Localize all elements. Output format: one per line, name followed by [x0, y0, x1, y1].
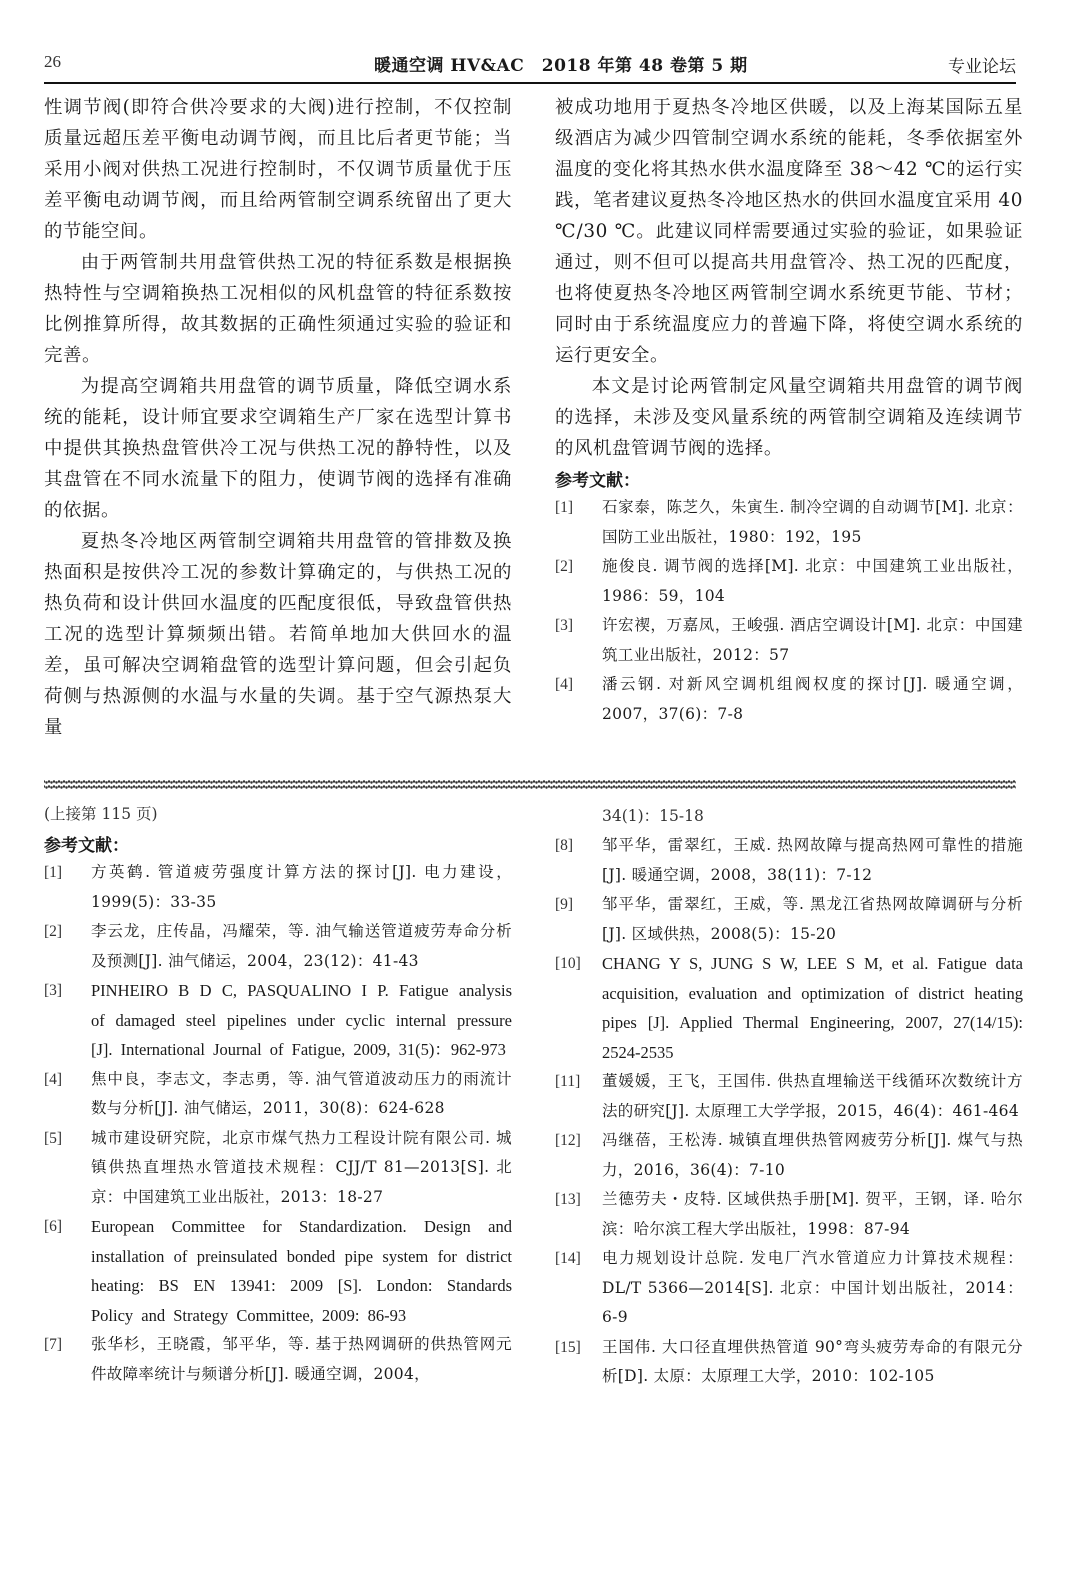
reference-number: [6] [44, 1212, 91, 1330]
reference-text: 李云龙，庄传晶，冯耀荣，等. 油气输送管道疲劳寿命分析及预测[J]. 油气储运，… [91, 917, 512, 976]
reference-number: [10] [555, 949, 602, 1067]
reference-number: [12] [555, 1126, 602, 1185]
reference-number: [1] [44, 858, 91, 917]
reference-item: [3]许宏禊，万嘉凤，王峻强. 酒店空调设计[M]. 北京：中国建筑工业出版社，… [555, 611, 1023, 670]
reference-item: [4]焦中良，李志文，李志勇，等. 油气管道波动压力的雨流计数与分析[J]. 油… [44, 1065, 512, 1124]
references-heading: 参考文献： [555, 466, 1023, 491]
reference-number: [7] [44, 1330, 91, 1389]
reference-item: [1]石家泰，陈芝久，朱寅生. 制冷空调的自动调节[M]. 北京：国防工业出版社… [555, 493, 1023, 552]
paragraph: 由于两管制共用盘管供热工况的特征系数是根据换热特性与空调箱换热工况相似的风机盘管… [44, 247, 512, 371]
reference-item: [2]李云龙，庄传晶，冯耀荣，等. 油气输送管道疲劳寿命分析及预测[J]. 油气… [44, 917, 512, 976]
reference-text: 施俊良. 调节阀的选择[M]. 北京：中国建筑工业出版社，1986：59，104 [602, 552, 1023, 611]
paragraph: 性调节阀(即符合供冷要求的大阀)进行控制，不仅控制质量远超压差平衡电动调节阀，而… [44, 92, 512, 247]
continuation-note: (上接第 115 页) [44, 800, 512, 829]
reference-carryover: 34(1)：15-18 [555, 802, 1023, 831]
decorative-separator [44, 780, 1016, 790]
reference-text: 董媛媛，王飞，王国伟. 供热直埋输送干线循环次数统计方法的研究[J]. 太原理工… [602, 1067, 1023, 1126]
reference-item: [6]European Committee for Standardizatio… [44, 1212, 512, 1330]
reference-number: [3] [555, 611, 602, 670]
reference-text: 石家泰，陈芝久，朱寅生. 制冷空调的自动调节[M]. 北京：国防工业出版社，19… [602, 493, 1023, 552]
reference-item: [9]邹平华，雷翠红，王威，等. 黑龙江省热网故障调研与分析[J]. 区域供热，… [555, 890, 1023, 949]
reference-item: [7]张华杉，王晓霞，邹平华，等. 基于热网调研的供热管网元件故障率统计与频谱分… [44, 1330, 512, 1389]
reference-text: European Committee for Standardization. … [91, 1212, 512, 1330]
reference-number: [5] [44, 1124, 91, 1213]
reference-text: 城市建设研究院，北京市煤气热力工程设计院有限公司. 城镇供热直埋热水管道技术规程… [91, 1124, 512, 1213]
reference-number: [11] [555, 1067, 602, 1126]
reference-text: 电力规划设计总院. 发电厂汽水管道应力计算技术规程：DL/T 5366—2014… [602, 1244, 1023, 1333]
reference-text: 冯继蓓，王松涛. 城镇直埋供热管网疲劳分析[J]. 煤气与热力，2016，36(… [602, 1126, 1023, 1185]
continued-left-column: (上接第 115 页) 参考文献： [1]方英鹤. 管道疲劳强度计算方法的探讨[… [44, 800, 512, 1389]
reference-text: PINHEIRO B D C, PASQUALINO I P. Fatigue … [91, 976, 512, 1065]
paragraph: 被成功地用于夏热冬冷地区供暖，以及上海某国际五星级酒店为减少四管制空调水系统的能… [555, 92, 1023, 371]
reference-number: [8] [555, 831, 602, 890]
reference-number: [15] [555, 1333, 602, 1392]
reference-number: [1] [555, 493, 602, 552]
reference-number: [9] [555, 890, 602, 949]
reference-text: 邹平华，雷翠红，王威. 热网故障与提高热网可靠性的措施[J]. 暖通空调，200… [602, 831, 1023, 890]
reference-item: [5]城市建设研究院，北京市煤气热力工程设计院有限公司. 城镇供热直埋热水管道技… [44, 1124, 512, 1213]
reference-number: [2] [44, 917, 91, 976]
reference-text: 兰德劳夫・皮特. 区域供热手册[M]. 贺平，王钢，译. 哈尔滨：哈尔滨工程大学… [602, 1185, 1023, 1244]
reference-text: 邹平华，雷翠红，王威，等. 黑龙江省热网故障调研与分析[J]. 区域供热，200… [602, 890, 1023, 949]
reference-text: 潘云钢. 对新风空调机组阀权度的探讨[J]. 暖通空调，2007，37(6)：7… [602, 670, 1023, 729]
reference-number: [3] [44, 976, 91, 1065]
reference-item: [2]施俊良. 调节阀的选择[M]. 北京：中国建筑工业出版社，1986：59，… [555, 552, 1023, 611]
reference-text: 张华杉，王晓霞，邹平华，等. 基于热网调研的供热管网元件故障率统计与频谱分析[J… [91, 1330, 512, 1389]
journal-title: 暖通空调 HV&AC 2018 年第 48 卷第 5 期 [374, 51, 748, 76]
right-column-body: 被成功地用于夏热冬冷地区供暖，以及上海某国际五星级酒店为减少四管制空调水系统的能… [555, 92, 1023, 729]
reference-text: 许宏禊，万嘉凤，王峻强. 酒店空调设计[M]. 北京：中国建筑工业出版社，201… [602, 611, 1023, 670]
reference-item: [11]董媛媛，王飞，王国伟. 供热直埋输送干线循环次数统计方法的研究[J]. … [555, 1067, 1023, 1126]
reference-text: 王国伟. 大口径直埋供热管道 90°弯头疲劳寿命的有限元分析[D]. 太原：太原… [602, 1333, 1023, 1392]
running-header: 26 暖通空调 HV&AC 2018 年第 48 卷第 5 期 专业论坛 [44, 52, 1016, 78]
reference-number: [13] [555, 1185, 602, 1244]
reference-item: [15]王国伟. 大口径直埋供热管道 90°弯头疲劳寿命的有限元分析[D]. 太… [555, 1333, 1023, 1392]
reference-item: [1]方英鹤. 管道疲劳强度计算方法的探讨[J]. 电力建设，1999(5)：3… [44, 858, 512, 917]
paragraph: 本文是讨论两管制定风量空调箱共用盘管的调节阀的选择，未涉及变风量系统的两管制空调… [555, 371, 1023, 464]
references-heading: 参考文献： [44, 831, 512, 856]
paragraph: 夏热冬冷地区两管制空调箱共用盘管的管排数及换热面积是按供冷工况的参数计算确定的，… [44, 526, 512, 743]
reference-item: [3]PINHEIRO B D C, PASQUALINO I P. Fatig… [44, 976, 512, 1065]
page-number: 26 [44, 52, 61, 72]
reference-number: [4] [44, 1065, 91, 1124]
reference-item: [8]邹平华，雷翠红，王威. 热网故障与提高热网可靠性的措施[J]. 暖通空调，… [555, 831, 1023, 890]
section-label: 专业论坛 [948, 52, 1016, 77]
reference-number: [14] [555, 1244, 602, 1333]
reference-item: [10]CHANG Y S, JUNG S W, LEE S M, et al.… [555, 949, 1023, 1067]
reference-list: [1]石家泰，陈芝久，朱寅生. 制冷空调的自动调节[M]. 北京：国防工业出版社… [555, 493, 1023, 729]
paragraph: 为提高空调箱共用盘管的调节质量，降低空调水系统的能耗，设计师宜要求空调箱生产厂家… [44, 371, 512, 526]
reference-text: 方英鹤. 管道疲劳强度计算方法的探讨[J]. 电力建设，1999(5)：33-3… [91, 858, 512, 917]
reference-number: [2] [555, 552, 602, 611]
reference-item: [13]兰德劳夫・皮特. 区域供热手册[M]. 贺平，王钢，译. 哈尔滨：哈尔滨… [555, 1185, 1023, 1244]
reference-item: [14]电力规划设计总院. 发电厂汽水管道应力计算技术规程：DL/T 5366—… [555, 1244, 1023, 1333]
continued-right-column: 34(1)：15-18 [8]邹平华，雷翠红，王威. 热网故障与提高热网可靠性的… [555, 802, 1023, 1392]
left-column-body: 性调节阀(即符合供冷要求的大阀)进行控制，不仅控制质量远超压差平衡电动调节阀，而… [44, 92, 512, 743]
reference-text: CHANG Y S, JUNG S W, LEE S M, et al. Fat… [602, 949, 1023, 1067]
reference-item: [4]潘云钢. 对新风空调机组阀权度的探讨[J]. 暖通空调，2007，37(6… [555, 670, 1023, 729]
reference-item: [12]冯继蓓，王松涛. 城镇直埋供热管网疲劳分析[J]. 煤气与热力，2016… [555, 1126, 1023, 1185]
header-rule [44, 82, 1016, 84]
reference-text: 焦中良，李志文，李志勇，等. 油气管道波动压力的雨流计数与分析[J]. 油气储运… [91, 1065, 512, 1124]
reference-number: [4] [555, 670, 602, 729]
